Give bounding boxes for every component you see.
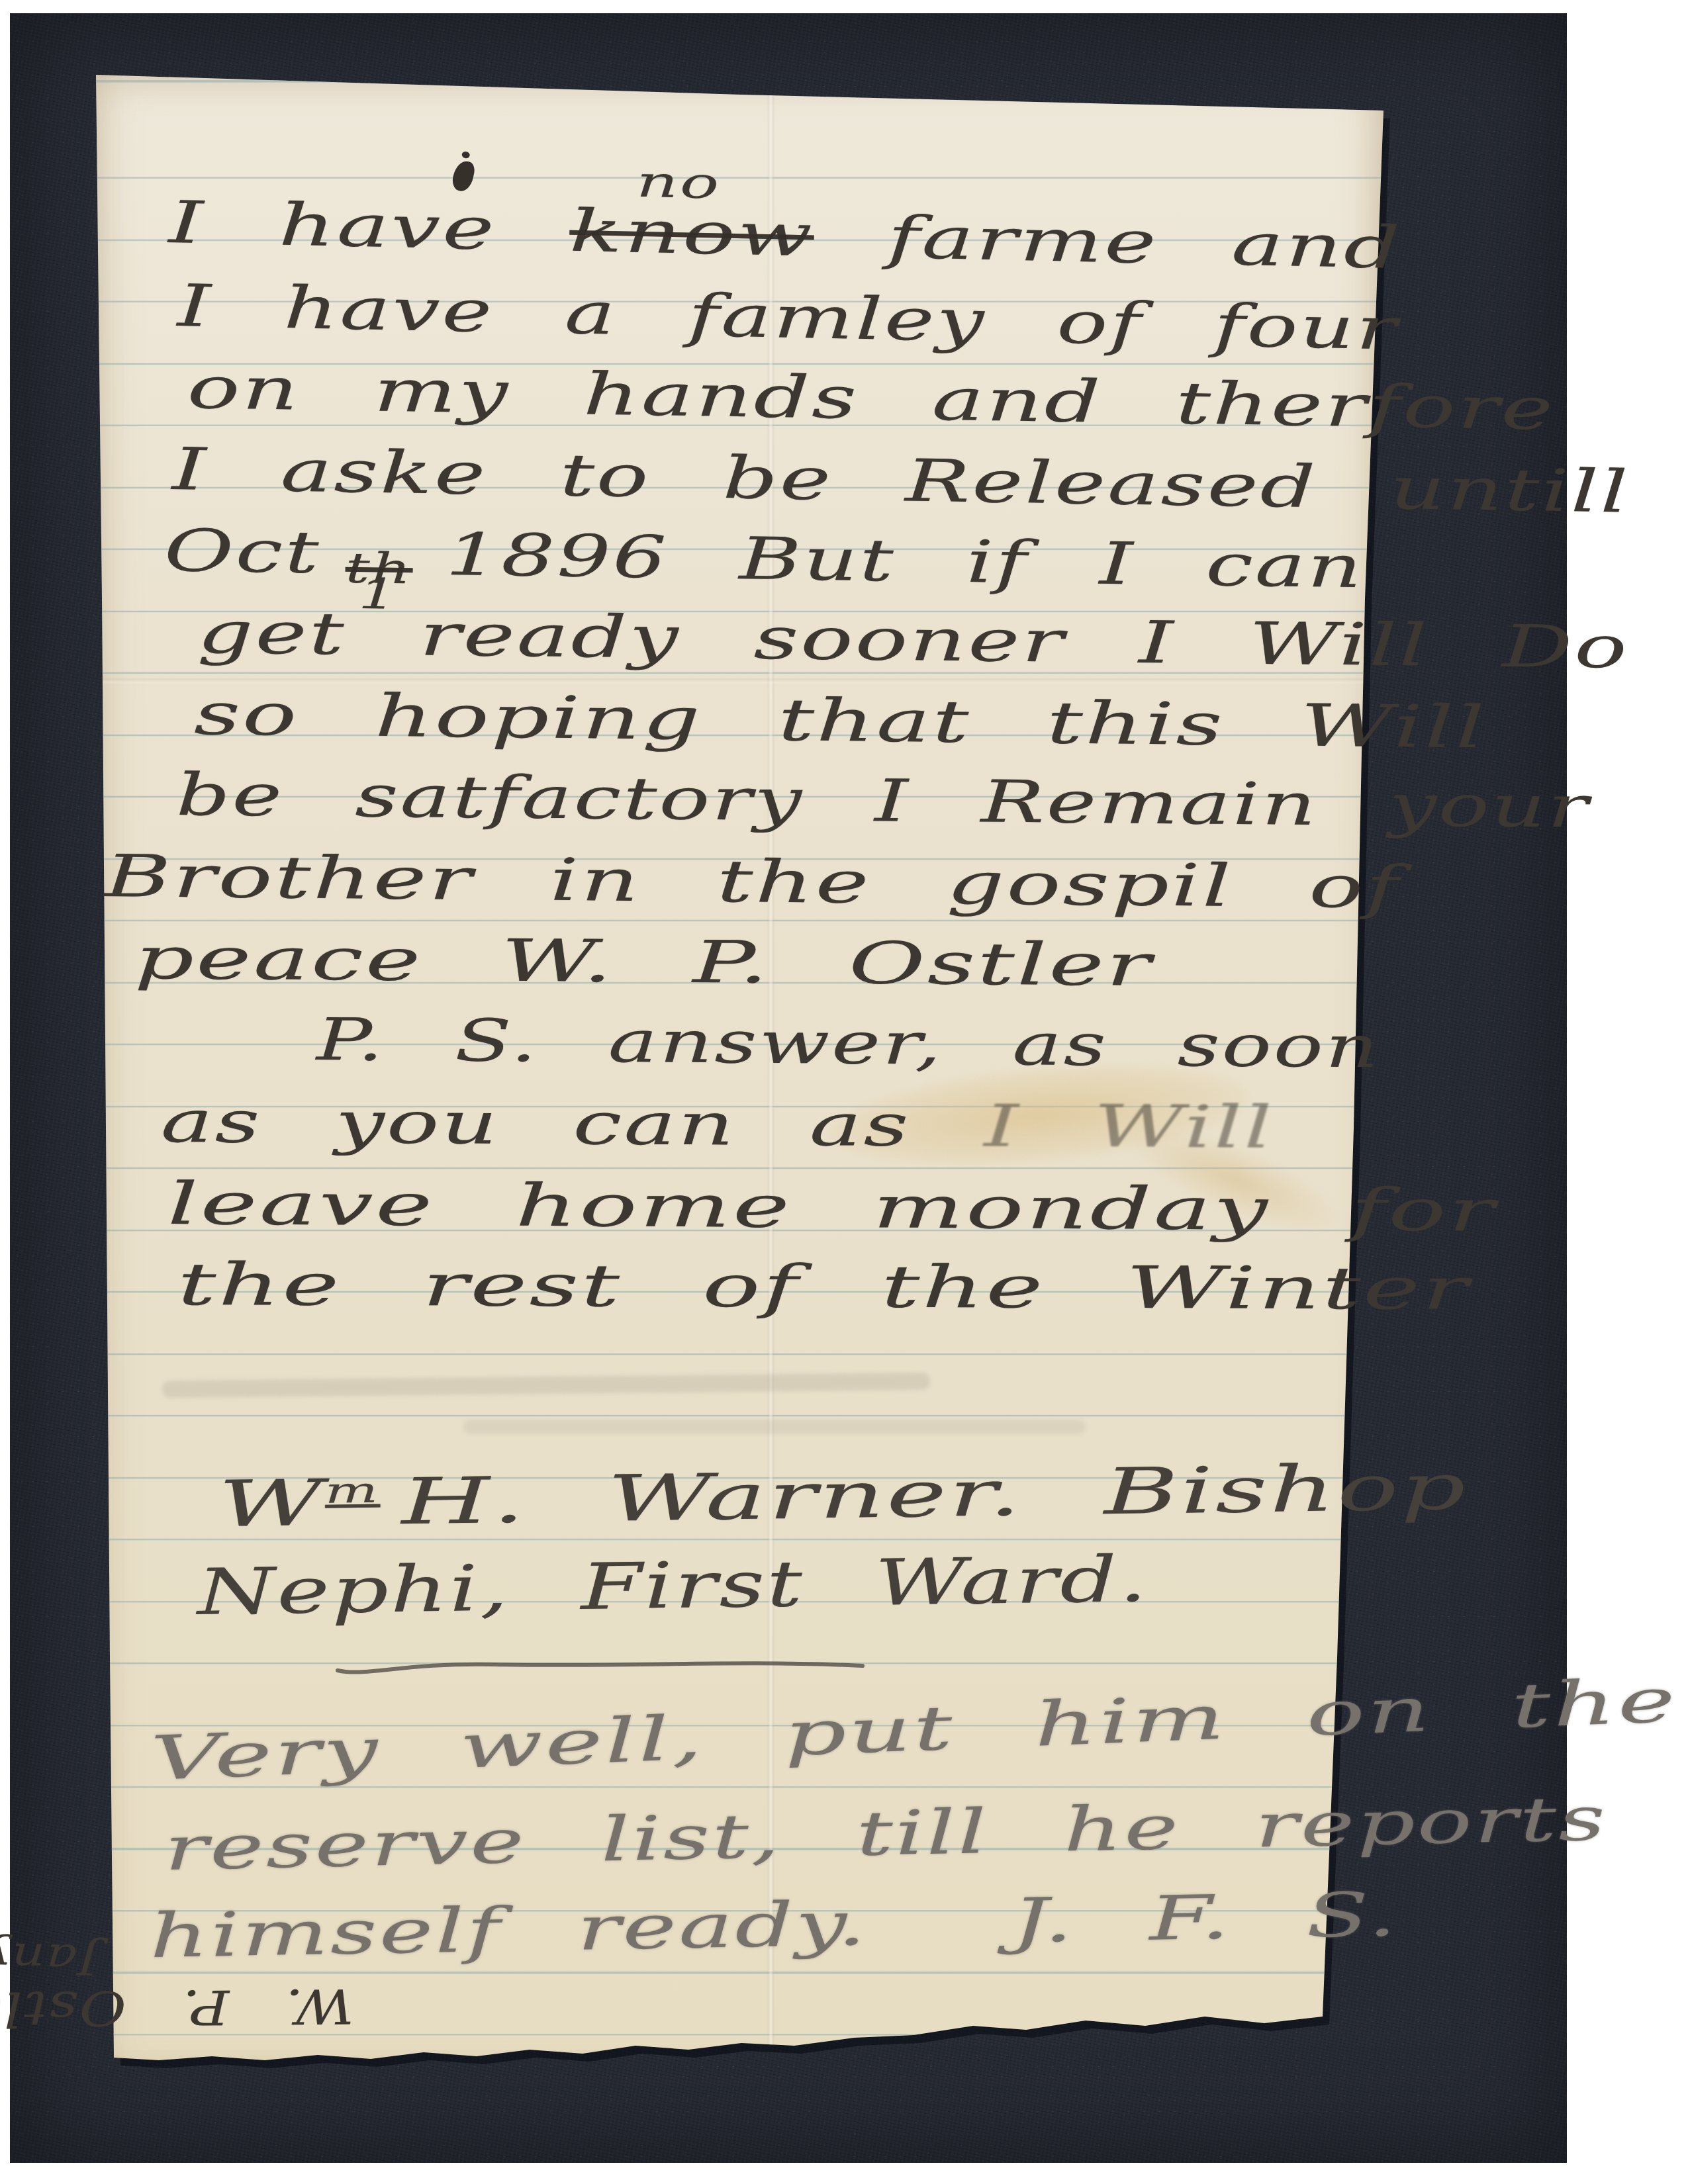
letter-line-4: I aske to be Released untill [171, 440, 1630, 522]
name-initial: W [218, 1466, 326, 1541]
postscript-line-4: the rest of the Winter [177, 1255, 1470, 1318]
ps2-faded-words: I Will [984, 1092, 1274, 1161]
scanned-letter-page: I have know no farme and I have a famley… [0, 0, 1688, 2184]
name-rest: H. Warner. Bishop [401, 1450, 1468, 1539]
letter-line-1: I have know no farme and [168, 193, 1402, 277]
handwriting-layer: I have know no farme and I have a famley… [0, 0, 1688, 2184]
postscript-line-3: leave home monday for [167, 1175, 1497, 1240]
line1-pre: I have [168, 188, 497, 263]
address-line-2: Nephi, First Ward. [197, 1547, 1149, 1624]
inverted-date-annotation: Jany 1 '96. [0, 1930, 100, 1980]
date-month: Oct [164, 516, 321, 586]
pencil-reply-line-2: reserve list, till he reports [164, 1788, 1608, 1880]
date-rest: 1896 But if I can [445, 520, 1364, 601]
inverted-signature-annotation: W. P. Ostler [0, 1982, 354, 2033]
letter-line-7: so hoping that this Will [194, 685, 1487, 756]
postscript-line-1: P. S. answer, as soon [316, 1011, 1381, 1076]
letter-line-10-signature: peace W. P. Ostler [134, 929, 1153, 995]
pencil-reply-text: himself ready. [149, 1888, 868, 1972]
letter-line-3: on my hands and therfore [187, 359, 1555, 438]
letter-line-6: get ready sooner I Will Do [197, 604, 1630, 677]
signature-underline-flourish [330, 1653, 872, 1680]
pencil-reply-line-1: Very well, put him on the [150, 1670, 1678, 1790]
letter-line-9: Brother in the gospil of [105, 847, 1401, 917]
postscript-line-2: as you can as I Will [161, 1093, 1274, 1157]
pencil-reply-initials: J. F. S. [1011, 1879, 1399, 1956]
ps2-start: as you can as [161, 1087, 911, 1160]
address-line-1: WmH. Warner. Bishop [218, 1455, 1468, 1536]
pencil-reply-line-3: himself ready. J. F. S. [149, 1884, 1399, 1967]
name-superscript: m [324, 1471, 380, 1512]
inserted-word: no [636, 161, 722, 206]
letter-line-8: be satfactory I Remain your [176, 766, 1591, 837]
line1-post: farme and [887, 203, 1403, 282]
letter-line-2: I have a famley of four [177, 277, 1399, 358]
